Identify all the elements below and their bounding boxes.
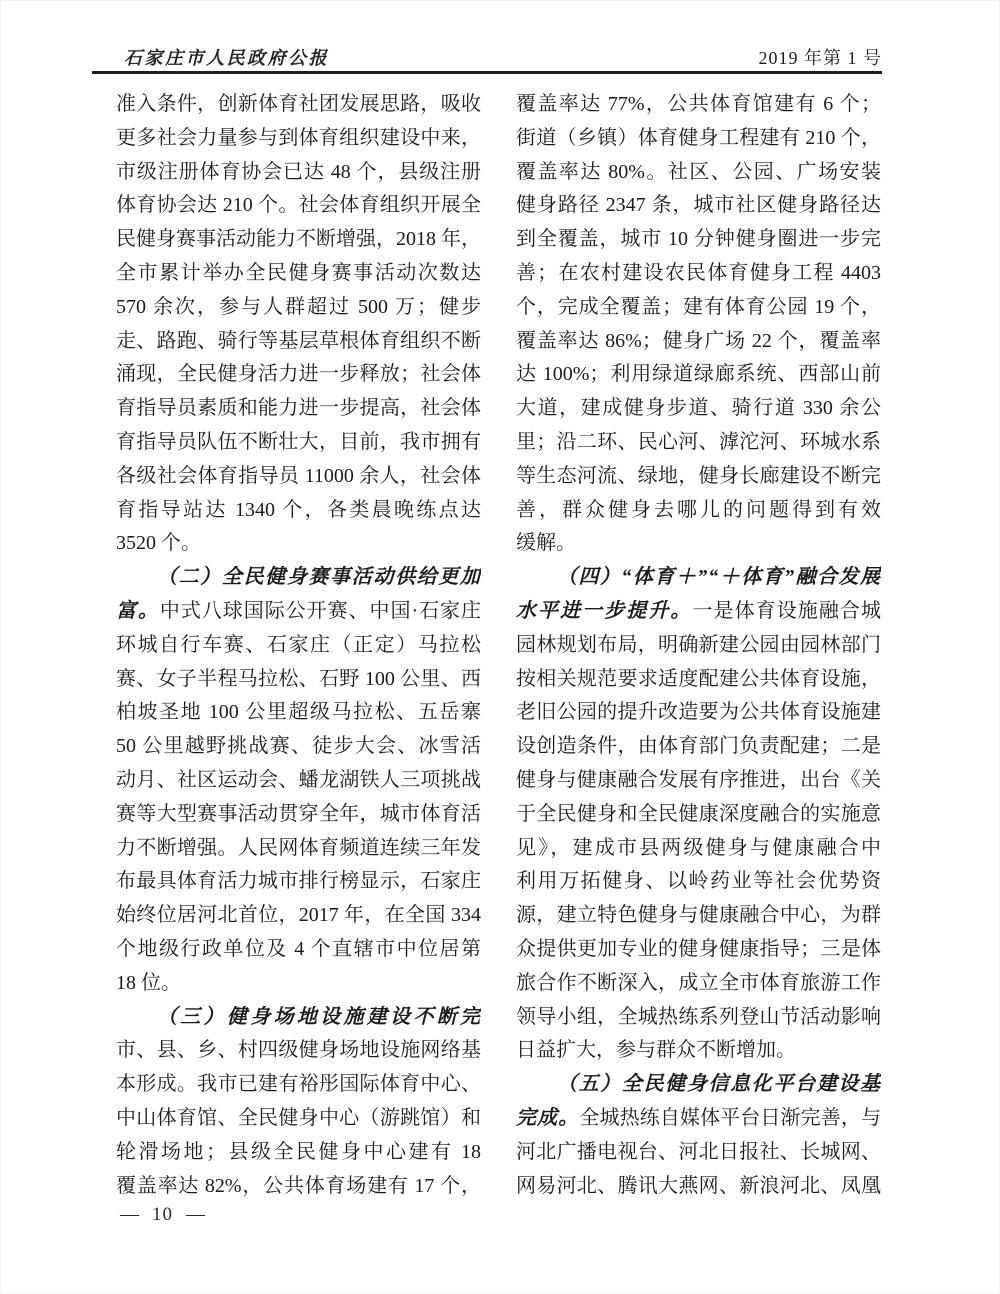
right-column: 覆盖率达 77%，公共体育馆建有 6 个；街道（乡镇）体育健身工程建有 210 … <box>516 88 881 1203</box>
footer-dash-right: — <box>186 1204 205 1226</box>
body-text: 善，群众健身去哪儿的问题得到有效 <box>516 499 881 521</box>
text-line: 市、县、乡、村四级健身场地设施网络基 <box>116 1034 481 1068</box>
text-line: 走、路跑、骑行等基层草根体育组织不断 <box>116 325 481 359</box>
body-text: 始终位居河北首位，2017 年，在全国 334 <box>116 904 481 926</box>
text-line: 众提供更加专业的健身健康指导；三是体 <box>516 933 881 967</box>
body-text: 市、县、乡、村四级健身场地设施网络基 <box>116 1039 481 1061</box>
text-line: 570 余次，参与人群超过 500 万；健步 <box>116 291 481 325</box>
body-text: 体育协会达 210 个。社会体育组织开展全 <box>116 194 481 216</box>
emphasis-text: （四）“体育＋”“＋体育”融合发展 <box>557 566 881 588</box>
body-text: 覆盖率达 82%，公共体育场建有 17 个， <box>116 1175 481 1197</box>
body-text: 本形成。我市已建有裕彤国际体育中心、 <box>116 1073 481 1095</box>
text-line: 源，建立特色健身与健康融合中心，为群 <box>516 899 881 933</box>
gazette-title: 石家庄市人民政府公报 <box>124 44 329 70</box>
text-line: 旅合作不断深入，成立全市体育旅游工作 <box>516 967 881 1001</box>
text-line: 赛等大型赛事活动贯穿全年，城市体育活 <box>116 798 481 832</box>
text-line: 街道（乡镇）体育健身工程建有 210 个， <box>516 122 881 156</box>
body-text: 更多社会力量参与到体育组织建设中来， <box>116 127 481 149</box>
emphasis-text: （三）健身场地设施建设不断完善。 <box>116 1006 481 1035</box>
text-line: 轮滑场地；县级全民健身中心建有 18 个， <box>116 1136 481 1170</box>
body-text: 民健身赛事活动能力不断增强，2018 年， <box>116 228 481 250</box>
text-line: 本形成。我市已建有裕彤国际体育中心、 <box>116 1068 481 1102</box>
text-line: 柏坡圣地 100 公里超级马拉松、五岳寨 <box>116 696 481 730</box>
body-text: 570 余次，参与人群超过 500 万；健步 <box>116 296 481 318</box>
text-line: 善；在农村建设农民体育健身工程 4403 <box>516 257 881 291</box>
text-line: 体育协会达 210 个。社会体育组织开展全 <box>116 189 481 223</box>
body-text: 见》，建成市县两级健身与健康融合中心， <box>516 837 881 866</box>
body-text: 赛等大型赛事活动贯穿全年，城市体育活 <box>116 803 481 825</box>
text-line: 全市累计举办全民健身赛事活动次数达 <box>116 257 481 291</box>
emphasis-text: 水平进一步提升。 <box>516 600 693 622</box>
body-text: 善；在农村建设农民体育健身工程 4403 <box>516 262 881 284</box>
body-text: 全城热练自媒体平台日渐完善，与 <box>579 1107 881 1129</box>
text-line: （五）全民健身信息化平台建设基本 <box>516 1068 881 1102</box>
text-line: 老旧公园的提升改造要为公共体育设施建 <box>516 696 881 730</box>
text-line: （三）健身场地设施建设不断完善。 <box>116 1001 481 1035</box>
body-text: 设创造条件，由体育部门负责配建；二是 <box>516 735 881 757</box>
body-text: 里；沿二环、民心河、滹沱河、环城水系 <box>516 431 881 453</box>
text-line: 按相关规范要求适度配建公共体育设施， <box>516 663 881 697</box>
text-line: 赛、女子半程马拉松、石野 100 公里、西 <box>116 663 481 697</box>
body-text: 日益扩大，参与群众不断增加。 <box>516 1039 796 1061</box>
gazette-page: 石家庄市人民政府公报 2019 年第 1 号 准入条件，创新体育社团发展思路，吸… <box>0 0 1000 1294</box>
body-text: 涌现，全民健身活力进一步释放；社会体 <box>116 363 481 385</box>
body-text: 赛、女子半程马拉松、石野 100 公里、西 <box>116 668 481 690</box>
text-line: 育指导员队伍不断壮大，目前，我市拥有 <box>116 426 481 460</box>
body-text: 健身路径 2347 条，城市社区健身路径达 <box>516 194 881 216</box>
body-text: 利用万拓健身、以岭药业等社会优势资 <box>516 870 881 892</box>
text-line: 各级社会体育指导员 11000 余人，社会体 <box>116 460 481 494</box>
body-text: 老旧公园的提升改造要为公共体育设施建 <box>516 701 881 723</box>
text-line: 动月、社区运动会、蟠龙湖铁人三项挑战 <box>116 764 481 798</box>
body-text: 市级注册体育协会已达 48 个，县级注册 <box>116 161 481 183</box>
text-line: 育指导员素质和能力进一步提高，社会体 <box>116 392 481 426</box>
text-line: 3520 个。 <box>116 527 481 561</box>
body-text: 准入条件，创新体育社团发展思路，吸收 <box>116 93 481 115</box>
body-text: 按相关规范要求适度配建公共体育设施， <box>516 668 881 690</box>
body-text: 到全覆盖，城市 10 分钟健身圈进一步完 <box>516 228 881 250</box>
text-line: 准入条件，创新体育社团发展思路，吸收 <box>116 88 481 122</box>
text-line: 更多社会力量参与到体育组织建设中来， <box>116 122 481 156</box>
text-line: 见》，建成市县两级健身与健康融合中心， <box>516 832 881 866</box>
text-line: 到全覆盖，城市 10 分钟健身圈进一步完 <box>516 223 881 257</box>
text-line: 涌现，全民健身活力进一步释放；社会体 <box>116 358 481 392</box>
body-text: 力不断增强。人民网体育频道连续三年发 <box>116 837 481 859</box>
text-line: 覆盖率达 77%，公共体育馆建有 6 个； <box>516 88 881 122</box>
body-text: 中式八球国际公开赛、中国·石家庄 <box>160 600 481 622</box>
body-text: 环城自行车赛、石家庄（正定）马拉松 <box>116 634 481 656</box>
body-text: 个，完成全覆盖；建有体育公园 19 个， <box>516 296 881 318</box>
text-line: 等生态河流、绿地，健身长廊建设不断完 <box>516 460 881 494</box>
left-column: 准入条件，创新体育社团发展思路，吸收更多社会力量参与到体育组织建设中来，市级注册… <box>116 88 481 1203</box>
text-line: 河北广播电视台、河北日报社、长城网、 <box>516 1136 881 1170</box>
body-text: 各级社会体育指导员 11000 余人，社会体 <box>116 465 481 487</box>
text-line: 完成。全城热练自媒体平台日渐完善，与 <box>516 1102 881 1136</box>
emphasis-text: （二）全民健身赛事活动供给更加丰 <box>116 566 481 595</box>
text-line: 大道，建成健身步道、骑行道 330 余公 <box>516 392 881 426</box>
body-text: 网易河北、腾讯大燕网、新浪河北、凤凰 <box>516 1175 881 1197</box>
text-line: 利用万拓健身、以岭药业等社会优势资 <box>516 865 881 899</box>
text-line: 领导小组，全城热练系列登山节活动影响 <box>516 1001 881 1035</box>
body-text: 3520 个。 <box>116 532 201 554</box>
issue-number: 2019 年第 1 号 <box>759 44 883 70</box>
body-text: 布最具体育活力城市排行榜显示，石家庄 <box>116 870 481 892</box>
text-line: 覆盖率达 80%。社区、公园、广场安装 <box>516 156 881 190</box>
text-line: 园林规划布局，明确新建公园由园林部门 <box>516 629 881 663</box>
text-line: 环城自行车赛、石家庄（正定）马拉松 <box>116 629 481 663</box>
body-text: 育指导站达 1340 个，各类晨晚练点达 <box>116 499 481 521</box>
body-text: 源，建立特色健身与健康融合中心，为群 <box>516 904 881 926</box>
body-text: 动月、社区运动会、蟠龙湖铁人三项挑战 <box>116 769 481 791</box>
text-line: 覆盖率达 86%；健身广场 22 个，覆盖率 <box>516 325 881 359</box>
page-header: 石家庄市人民政府公报 2019 年第 1 号 <box>124 44 882 70</box>
text-line: 于全民健身和全民健康深度融合的实施意 <box>516 798 881 832</box>
body-text: 覆盖率达 80%。社区、公园、广场安装 <box>516 161 881 183</box>
text-line: 日益扩大，参与群众不断增加。 <box>516 1034 881 1068</box>
body-text: 18 位。 <box>116 972 181 994</box>
body-text: 育指导员队伍不断壮大，目前，我市拥有 <box>116 431 481 453</box>
page-number: 10 <box>152 1204 173 1226</box>
emphasis-text: 富。 <box>116 600 160 622</box>
text-line: 设创造条件，由体育部门负责配建；二是 <box>516 730 881 764</box>
body-text: 园林规划布局，明确新建公园由园林部门 <box>516 634 881 656</box>
body-text: 全市累计举办全民健身赛事活动次数达 <box>116 262 481 284</box>
text-line: 水平进一步提升。一是体育设施融合城市 <box>516 595 881 629</box>
text-line: 个，完成全覆盖；建有体育公园 19 个， <box>516 291 881 325</box>
body-text: 健身与健康融合发展有序推进，出台《关 <box>516 769 881 791</box>
text-line: 民健身赛事活动能力不断增强，2018 年， <box>116 223 481 257</box>
body-text: 走、路跑、骑行等基层草根体育组织不断 <box>116 330 481 352</box>
text-line: 布最具体育活力城市排行榜显示，石家庄 <box>116 865 481 899</box>
body-text: 覆盖率达 77%，公共体育馆建有 6 个； <box>516 93 881 115</box>
text-line: 网易河北、腾讯大燕网、新浪河北、凤凰 <box>516 1170 881 1204</box>
emphasis-text: 完成。 <box>516 1107 579 1129</box>
body-text: 个地级行政单位及 4 个直辖市中位居第 <box>116 938 481 960</box>
text-line: （四）“体育＋”“＋体育”融合发展 <box>516 561 881 595</box>
body-text: 轮滑场地；县级全民健身中心建有 18 个， <box>116 1141 481 1170</box>
header-rule <box>92 71 882 74</box>
body-text: 柏坡圣地 100 公里超级马拉松、五岳寨 <box>116 701 481 723</box>
text-line: （二）全民健身赛事活动供给更加丰 <box>116 561 481 595</box>
text-line: 健身与健康融合发展有序推进，出台《关 <box>516 764 881 798</box>
page-footer: — 10 — <box>120 1200 205 1230</box>
body-text: 街道（乡镇）体育健身工程建有 210 个， <box>516 127 881 149</box>
text-line: 50 公里越野挑战赛、徒步大会、冰雪活 <box>116 730 481 764</box>
body-text: 于全民健身和全民健康深度融合的实施意 <box>516 803 881 825</box>
text-line: 达 100%；利用绿道绿廊系统、西部山前 <box>516 358 881 392</box>
body-text: 众提供更加专业的健身健康指导；三是体 <box>516 938 881 960</box>
text-line: 富。中式八球国际公开赛、中国·石家庄 <box>116 595 481 629</box>
body-text: 旅合作不断深入，成立全市体育旅游工作 <box>516 972 881 994</box>
body-text: 等生态河流、绿地，健身长廊建设不断完 <box>516 465 881 487</box>
text-line: 健身路径 2347 条，城市社区健身路径达 <box>516 189 881 223</box>
body-text: 育指导员素质和能力进一步提高，社会体 <box>116 397 481 419</box>
text-line: 18 位。 <box>116 967 481 1001</box>
text-line: 里；沿二环、民心河、滹沱河、环城水系 <box>516 426 881 460</box>
text-line: 力不断增强。人民网体育频道连续三年发 <box>116 832 481 866</box>
body-text: 领导小组，全城热练系列登山节活动影响 <box>516 1006 881 1028</box>
text-line: 缓解。 <box>516 527 881 561</box>
body-text: 达 100%；利用绿道绿廊系统、西部山前 <box>516 363 881 385</box>
emphasis-text: （五）全民健身信息化平台建设基本 <box>516 1073 881 1102</box>
text-line: 育指导站达 1340 个，各类晨晚练点达 <box>116 494 481 528</box>
body-text: 50 公里越野挑战赛、徒步大会、冰雪活 <box>116 735 481 757</box>
body-text: 缓解。 <box>516 532 576 554</box>
body-text: 覆盖率达 86%；健身广场 22 个，覆盖率 <box>516 330 881 352</box>
text-line: 个地级行政单位及 4 个直辖市中位居第 <box>116 933 481 967</box>
footer-dash-left: — <box>120 1204 139 1226</box>
body-text: 大道，建成健身步道、骑行道 330 余公 <box>516 397 881 419</box>
text-line: 善，群众健身去哪儿的问题得到有效 <box>516 494 881 528</box>
text-line: 中山体育馆、全民健身中心（游跳馆）和 <box>116 1102 481 1136</box>
text-line: 始终位居河北首位，2017 年，在全国 334 <box>116 899 481 933</box>
text-line: 覆盖率达 82%，公共体育场建有 17 个， <box>116 1170 481 1204</box>
text-line: 市级注册体育协会已达 48 个，县级注册 <box>116 156 481 190</box>
body-text: 中山体育馆、全民健身中心（游跳馆）和 <box>116 1107 481 1129</box>
body-text: 河北广播电视台、河北日报社、长城网、 <box>516 1141 881 1163</box>
